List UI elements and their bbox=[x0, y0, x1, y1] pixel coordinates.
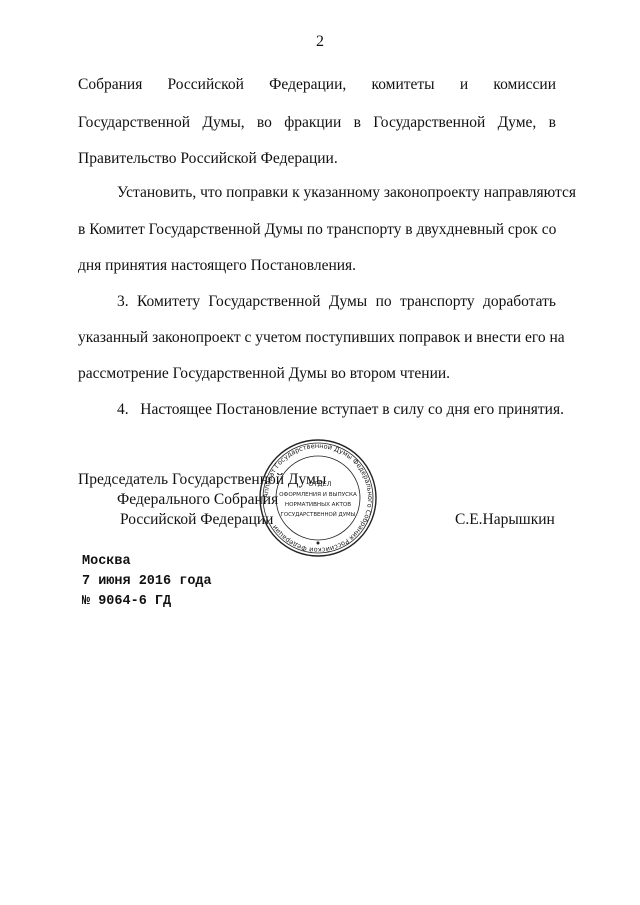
document-date: 7 июня 2016 года bbox=[82, 572, 212, 592]
word: Государственной bbox=[373, 113, 485, 133]
word: в bbox=[354, 113, 361, 133]
page-number: 2 bbox=[0, 33, 640, 51]
word: Федерации, bbox=[269, 75, 346, 95]
signature-name: С.Е.Нарышкин bbox=[455, 510, 555, 530]
document-number: № 9064-6 ГД bbox=[82, 592, 171, 612]
word: транспорту bbox=[400, 292, 475, 312]
paragraph-1-line-2: Государственной Думы, во фракции в Госуд… bbox=[78, 113, 556, 133]
word: Думы bbox=[329, 292, 367, 312]
signature-title-line-2: Федерального Собрания bbox=[117, 490, 278, 510]
word: Российской bbox=[168, 75, 244, 95]
word: Комитету bbox=[137, 292, 200, 312]
word: комиссии bbox=[493, 75, 556, 95]
word: Государственной bbox=[78, 113, 190, 133]
word: Собрания bbox=[78, 75, 142, 95]
paragraph-1-line-3: Правительство Российской Федерации. bbox=[78, 149, 556, 169]
paragraph-4-line-1: 4. Настоящее Постановление вступает в си… bbox=[117, 400, 556, 420]
stamp-seal-icon: Аппарат Государственной Думы Федеральног… bbox=[258, 438, 378, 558]
word: по bbox=[376, 292, 392, 312]
paragraph-2-line-2: в Комитет Государственной Думы по трансп… bbox=[78, 220, 556, 240]
official-stamp: Аппарат Государственной Думы Федеральног… bbox=[258, 438, 378, 558]
svg-text:Аппарат Государственной Думы Ф: Аппарат Государственной Думы Федеральног… bbox=[262, 442, 374, 554]
svg-text:ОТДЕЛ: ОТДЕЛ bbox=[308, 480, 331, 488]
word: Государственной bbox=[208, 292, 320, 312]
svg-text:ОФОРМЛЕНИЯ И ВЫПУСКА: ОФОРМЛЕНИЯ И ВЫПУСКА bbox=[279, 492, 357, 498]
word: в bbox=[549, 113, 556, 133]
svg-text:ГОСУДАРСТВЕННОЙ ДУМЫ: ГОСУДАРСТВЕННОЙ ДУМЫ bbox=[281, 511, 356, 518]
word: во bbox=[257, 113, 272, 133]
paragraph-1-line-1: Собрания Российской Федерации, комитеты … bbox=[78, 75, 556, 95]
word: доработать bbox=[483, 292, 556, 312]
paragraph-2-line-1: Установить, что поправки к указанному за… bbox=[117, 183, 556, 203]
document-city: Москва bbox=[82, 552, 131, 572]
word: и bbox=[460, 75, 468, 95]
word: комитеты bbox=[371, 75, 434, 95]
paragraph-3-line-3: рассмотрение Государственной Думы во вто… bbox=[78, 364, 556, 384]
signature-title-line-3: Российской Федерации bbox=[120, 510, 273, 530]
paragraph-3-line-1: 3. Комитету Государственной Думы по тран… bbox=[117, 292, 556, 312]
svg-text:НОРМАТИВНЫХ АКТОВ: НОРМАТИВНЫХ АКТОВ bbox=[285, 502, 351, 508]
paragraph-3-line-2: указанный законопроект с учетом поступив… bbox=[78, 328, 556, 348]
paragraph-2-line-3: дня принятия настоящего Постановления. bbox=[78, 256, 556, 276]
word: фракции bbox=[284, 113, 341, 133]
word: 3. bbox=[117, 292, 129, 312]
word: Думы, bbox=[202, 113, 244, 133]
word: Думе, bbox=[498, 113, 537, 133]
